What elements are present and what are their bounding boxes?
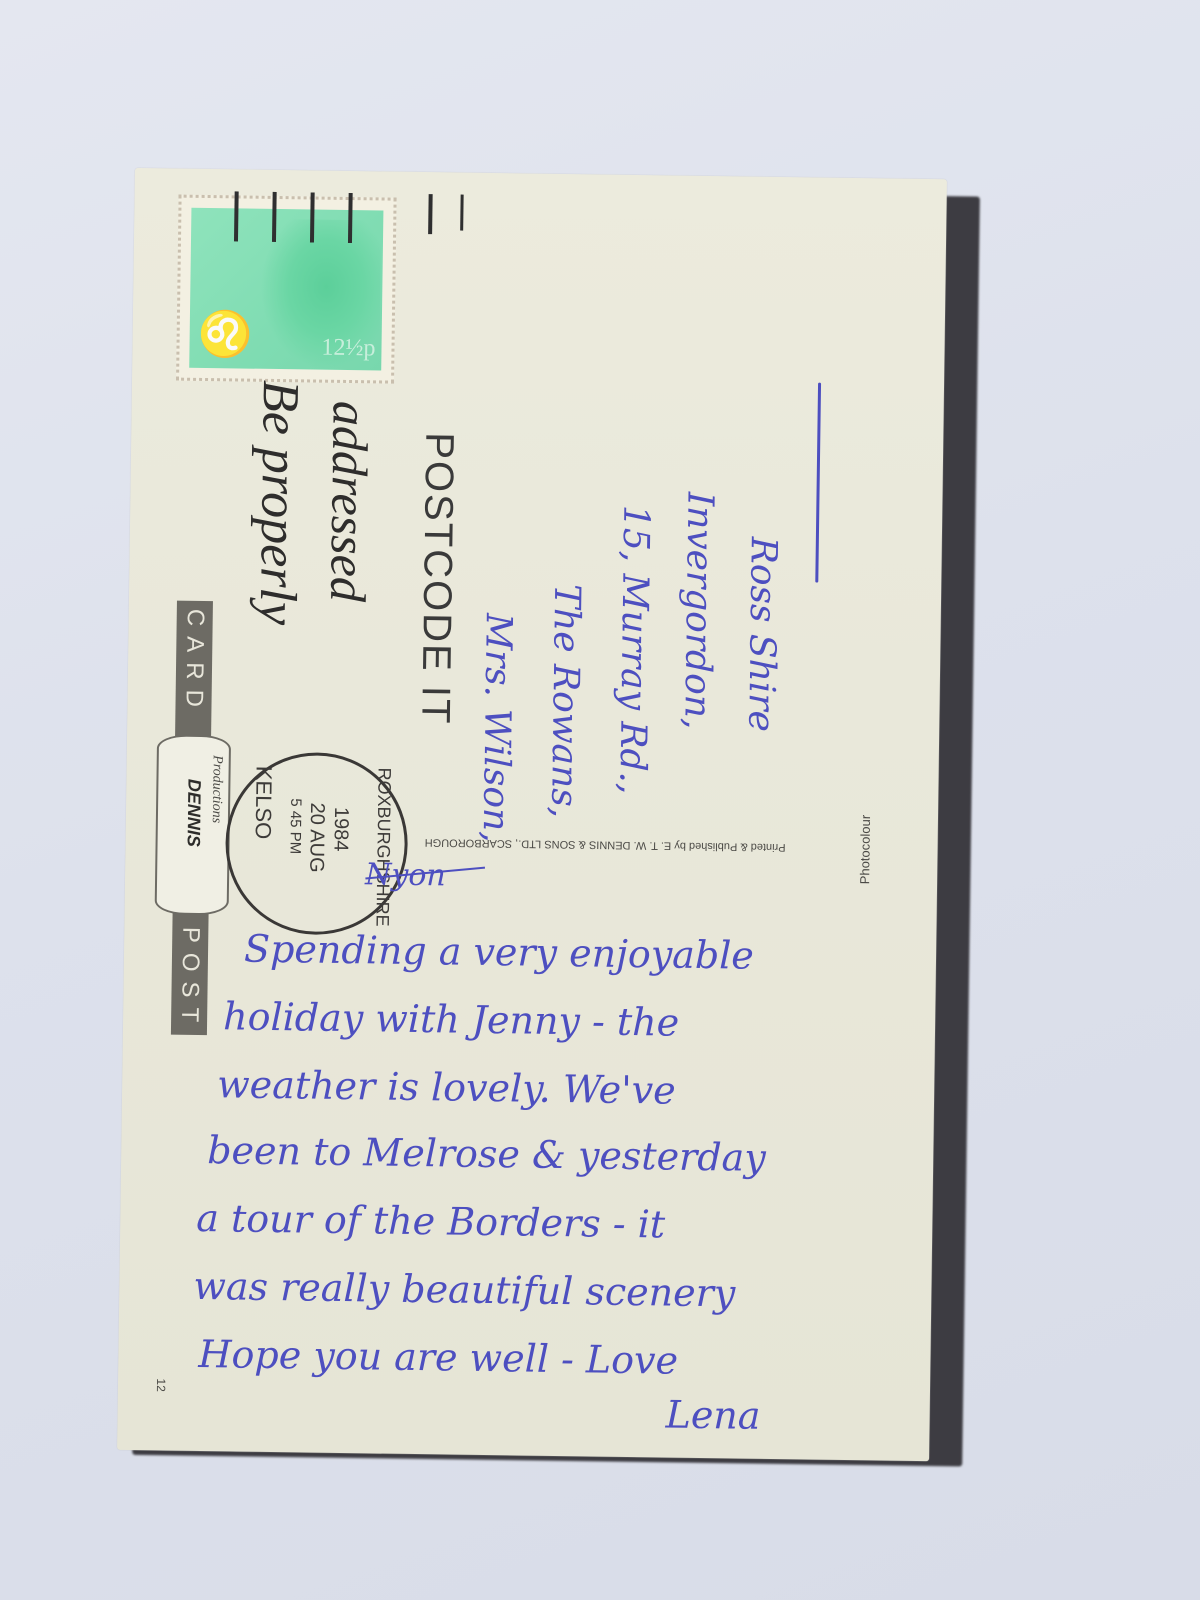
message-line-2: holiday with Jenny - the [223, 997, 680, 1041]
postage-stamp: ♌ 12½p [176, 195, 397, 384]
address-underline [815, 383, 821, 583]
postmark-year: 1984 [328, 807, 352, 852]
band-word-card: CARD [179, 609, 209, 717]
card-number: 12 [154, 1378, 168, 1392]
message-line-5: a tour of the Borders - it [196, 1199, 665, 1244]
process-label: Photocolour [857, 815, 873, 885]
message-line-6: was really beautiful scenery [193, 1267, 735, 1313]
logo-main-text: DENNIS [183, 779, 205, 847]
message-line-3: weather is lovely. We've [217, 1065, 676, 1109]
slogan-line-2: addressed [319, 401, 380, 603]
address-line-4: Invergordon, [676, 492, 720, 730]
slogan-line-1: Be properly [248, 380, 310, 626]
message-line-4: been to Melrose & yesterday [207, 1131, 766, 1177]
logo-sub-text: Productions [208, 755, 225, 823]
stamp-face: ♌ 12½p [189, 208, 383, 371]
address-line-1: Mrs. Wilson, [475, 613, 519, 843]
postcard: ♌ 12½p Be properly addressed POSTCODE IT… [117, 168, 947, 1461]
stamp-value: 12½p [321, 335, 375, 363]
publisher-line: Printed & Published by E. T. W. DENNIS &… [366, 835, 786, 853]
message-signature: Lena [665, 1396, 760, 1435]
address-line-5: Ross Shire [740, 537, 784, 733]
slogan-line-3: POSTCODE IT [412, 432, 461, 726]
postmark-time: 5 45 PM [286, 798, 304, 854]
postmark-town: KELSO [250, 766, 277, 840]
message-line-1: Spending a very enjoyable [244, 930, 754, 975]
message-line-7: Hope you are well - Love [198, 1335, 678, 1380]
address-line-2: The Rowans, [543, 584, 587, 819]
address-line-3: 15, Murray Rd., [611, 505, 656, 795]
band-word-post: POST [175, 927, 204, 1033]
postmark-date: 20 AUG [304, 802, 328, 872]
lion-rampant-icon: ♌ [197, 308, 253, 361]
